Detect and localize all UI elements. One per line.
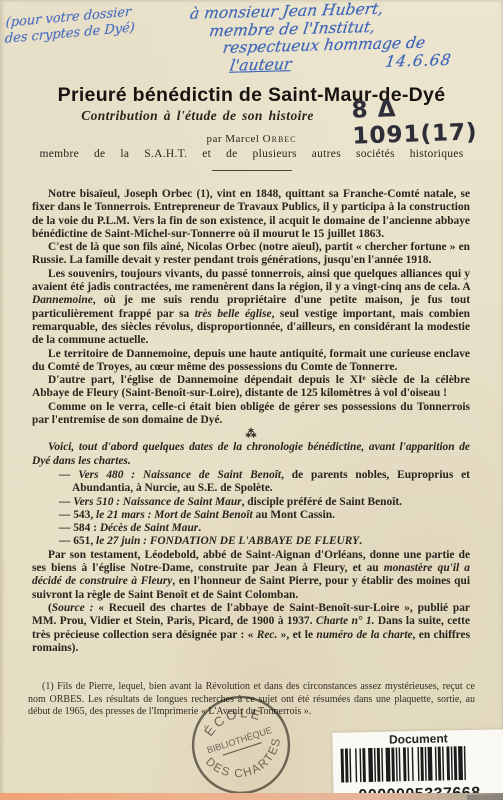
footnote: (1) Fils de Pierre, lequel, bien avant l… [28, 681, 475, 719]
stamp-center-text: BIBLIOTHÈQUE [206, 725, 273, 755]
chronology-item: — 651, le 27 juin : FONDATION DE L'ABBAY… [46, 535, 470, 548]
chronology-list: — Vers 480 : Naissance de Saint Benoît, … [46, 469, 470, 549]
document-body: Notre bisaïeul, Joseph Orbec (1), vint e… [0, 171, 503, 655]
paragraph: Comme on le verra, celle-ci était bien o… [32, 401, 470, 428]
scanned-document-page: (pour votre dossier des cryptes de Dyé) … [0, 0, 503, 800]
scan-edge-strip [0, 793, 503, 800]
byline-prefix: par Marcel [206, 133, 262, 145]
page-subtitle: Contribution à l'étude de son histoire [0, 108, 395, 124]
stamp-bottom-text: DES CHARTES [201, 732, 292, 791]
scan-edge-corner [467, 795, 503, 800]
paragraph: Les souvenirs, toujours vivants, du pass… [32, 268, 470, 348]
chronology-item: — 543, le 21 mars : Mort de Saint Benoît… [46, 509, 470, 522]
chronology-intro: Voici, tout d'abord quelques dates de la… [32, 441, 470, 468]
chronology-item: — Vers 510 : Naissance de Saint Maur, di… [46, 496, 470, 509]
barcode-icon [340, 745, 499, 782]
source-paragraph: (Source : « Recueil des chartes de l'abb… [32, 602, 470, 655]
chronology-item: — Vers 480 : Naissance de Saint Benoît, … [46, 469, 470, 496]
section-ornament: ⁂ [32, 427, 470, 441]
paragraph: C'est de là que son fils aîné, Nicolas O… [32, 241, 470, 268]
paragraph: Le territoire de Dannemoine, depuis une … [32, 348, 470, 375]
chronology-item: — 584 : Décès de Saint Maur. [46, 522, 470, 535]
author-affiliation: membre de la S.A.H.T. et de plusieurs au… [40, 148, 464, 160]
stamp-underline [223, 743, 262, 756]
page-title: Prieuré bénédictin de Saint-Maur-de-Dyé [0, 84, 503, 106]
author-name: Orbec [263, 133, 297, 145]
svg-text:DES CHARTES: DES CHARTES [201, 732, 292, 791]
paragraph: D'autre part, l'église de Dannemoine dép… [32, 374, 470, 401]
paragraph: Notre bisaïeul, Joseph Orbec (1), vint e… [32, 188, 470, 241]
author-byline: par Marcel Orbec [0, 133, 503, 145]
barcode-sticker: Document 0000005337668 [332, 729, 503, 800]
testament-paragraph: Par son testament, Léodebold, abbé de Sa… [32, 549, 470, 602]
document-header: Prieuré bénédictin de Saint-Maur-de-Dyé … [0, 0, 503, 171]
